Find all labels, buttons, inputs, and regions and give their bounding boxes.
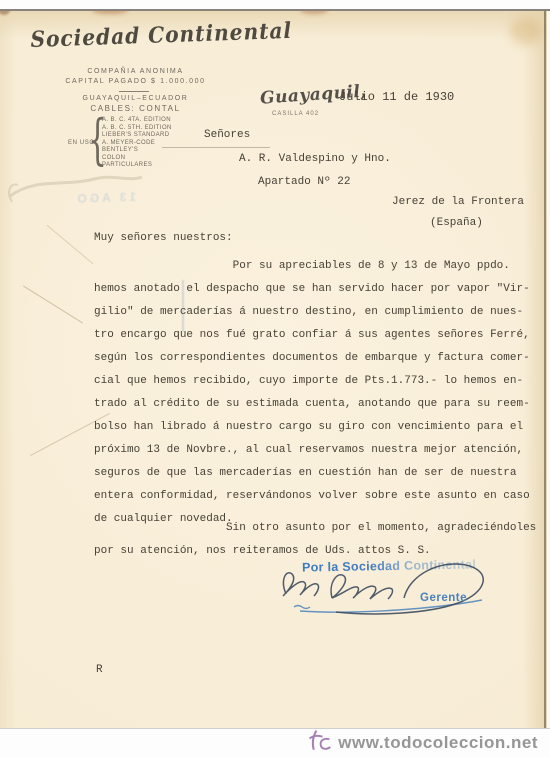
po-box-label: CASILLA 402 (272, 111, 319, 117)
code-item: A. B. C. 4TA. EDITION (102, 117, 197, 125)
code-item: LIEBER'S STANDARD (102, 132, 197, 140)
paper-scratch (47, 225, 94, 264)
letterhead-divider (119, 91, 149, 92)
recipient-city: Jerez de la Frontera (392, 196, 524, 208)
date-text: Julio 11 de 1930 (339, 90, 454, 104)
letter-greeting: Muy señores nuestros: (94, 232, 233, 244)
watermark-bar: www.todocoleccion.net (0, 728, 550, 757)
scanned-letter-page: Sociedad Continental COMPAÑIA ANONIMA CA… (0, 0, 550, 757)
code-item: A. B. C. 5TH. EDITION (102, 125, 197, 133)
scan-right-edge (544, 9, 546, 728)
letter-paragraph-1: Por su apreciables de 8 y 13 de Mayo ppd… (94, 255, 546, 531)
paper-scratch (23, 286, 83, 324)
recipient-name: A. R. Valdespino y Hno. (239, 153, 391, 165)
letter-paper: Sociedad Continental COMPAÑIA ANONIMA CA… (0, 9, 550, 757)
manager-title-stamp: Gerente (420, 592, 467, 604)
code-item: A. MEYER-CODE (102, 140, 197, 148)
reference-initial: R (96, 664, 103, 676)
handwritten-signature (270, 556, 520, 622)
letterhead-line: CAPITAL PAGADO $ 1.000.000 (48, 78, 223, 85)
letterhead-rule (162, 147, 270, 148)
letterhead-line: COMPAÑIA ANONIMA (48, 68, 223, 75)
letterhead-line: CABLES: CONTAL (48, 104, 223, 113)
recipient-address: Apartado Nº 22 (258, 176, 350, 188)
recipient-salutation: Señores (204, 129, 250, 141)
company-name-script: Sociedad Continental (30, 20, 233, 53)
todocoleccion-logo-icon (306, 728, 332, 754)
letterhead-line: GUAYAQUIL–ECUADOR (48, 95, 223, 102)
code-item: BENTLEY'S (102, 147, 197, 155)
scan-top-edge (0, 0, 550, 11)
recipient-country: (España) (430, 217, 483, 229)
paper-stain (510, 17, 542, 45)
watermark-url: www.todocoleccion.net (338, 733, 538, 753)
